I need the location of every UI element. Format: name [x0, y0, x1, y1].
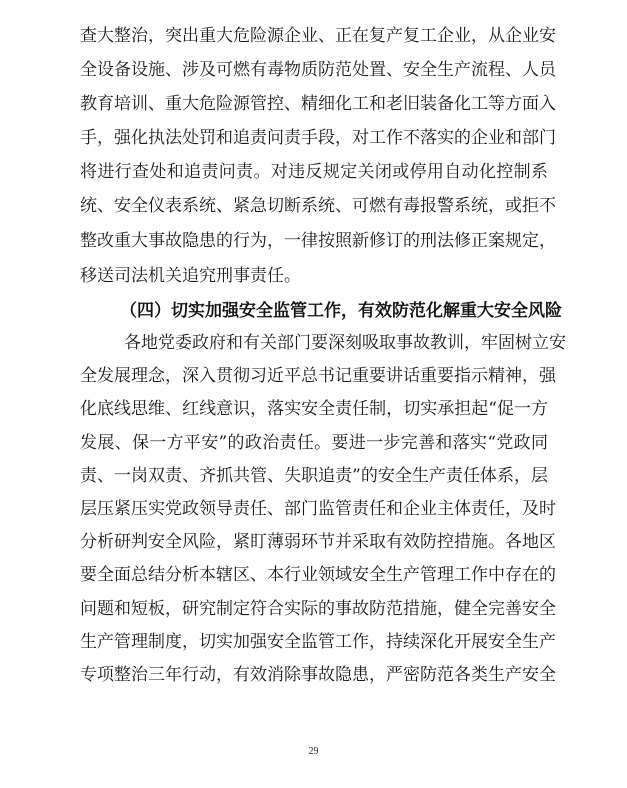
- text-line: 层压紧压实党政领导责任、部门监管责任和企业主体责任，及时: [80, 498, 548, 520]
- text-line: 要全面总结分析本辖区、本行业领域安全生产管理工作中存在的: [80, 564, 548, 586]
- text-line: 专项整治三年行动，有效消除事故隐患，严密防范各类生产安全: [80, 664, 548, 686]
- text-line: 全发展理念，深入贯彻习近平总书记重要讲话重要指示精神，强: [80, 365, 548, 387]
- text-line: 全设备设施、涉及可燃有毒物质防范处置、安全生产流程、人员: [80, 59, 548, 81]
- text-line: 将进行查处和追责问责。对违反规定关闭或停用自动化控制系: [80, 161, 548, 183]
- text-line: 各地党委政府和有关部门要深刻吸取事故教训，牢固树立安: [124, 332, 548, 354]
- page-number: 29: [0, 746, 627, 757]
- document-page: 查大整治，突出重大危险源企业、正在复产复工企业，从企业安 全设备设施、涉及可燃有…: [0, 0, 627, 788]
- text-line: 化底线思维、红线意识，落实安全责任制，切实承担起“促一方: [80, 398, 548, 420]
- text-line: 问题和短板，研究制定符合实际的事故防范措施，健全完善安全: [80, 598, 548, 620]
- text-line: 分析研判安全风险，紧盯薄弱环节并采取有效防控措施。各地区: [80, 531, 548, 553]
- text-line: 查大整治，突出重大危险源企业、正在复产复工企业，从企业安: [80, 25, 548, 47]
- text-line: 生产管理制度，切实加强安全监管工作，持续深化开展安全生产: [80, 631, 548, 653]
- text-line: 教育培训、重大危险源管控、精细化工和老旧装备化工等方面入: [80, 93, 548, 115]
- text-line: 移送司法机关追究刑事责任。: [80, 265, 548, 287]
- section-heading: （四）切实加强安全监管工作，有效防范化解重大安全风险: [120, 300, 550, 322]
- text-line: 发展、保一方平安”的政治责任。要进一步完善和落实“党政同: [80, 432, 548, 454]
- text-line: 手，强化执法处罚和追责问责手段，对工作不落实的企业和部门: [80, 127, 548, 149]
- text-line: 整改重大事故隐患的行为，一律按照新修订的刑法修正案规定，: [80, 230, 548, 252]
- text-line: 责、一岗双责、齐抓共管、失职追责”的安全生产责任体系，层: [80, 465, 548, 487]
- text-line: 统、安全仪表系统、紧急切断系统、可燃有毒报警系统，或拒不: [80, 195, 548, 217]
